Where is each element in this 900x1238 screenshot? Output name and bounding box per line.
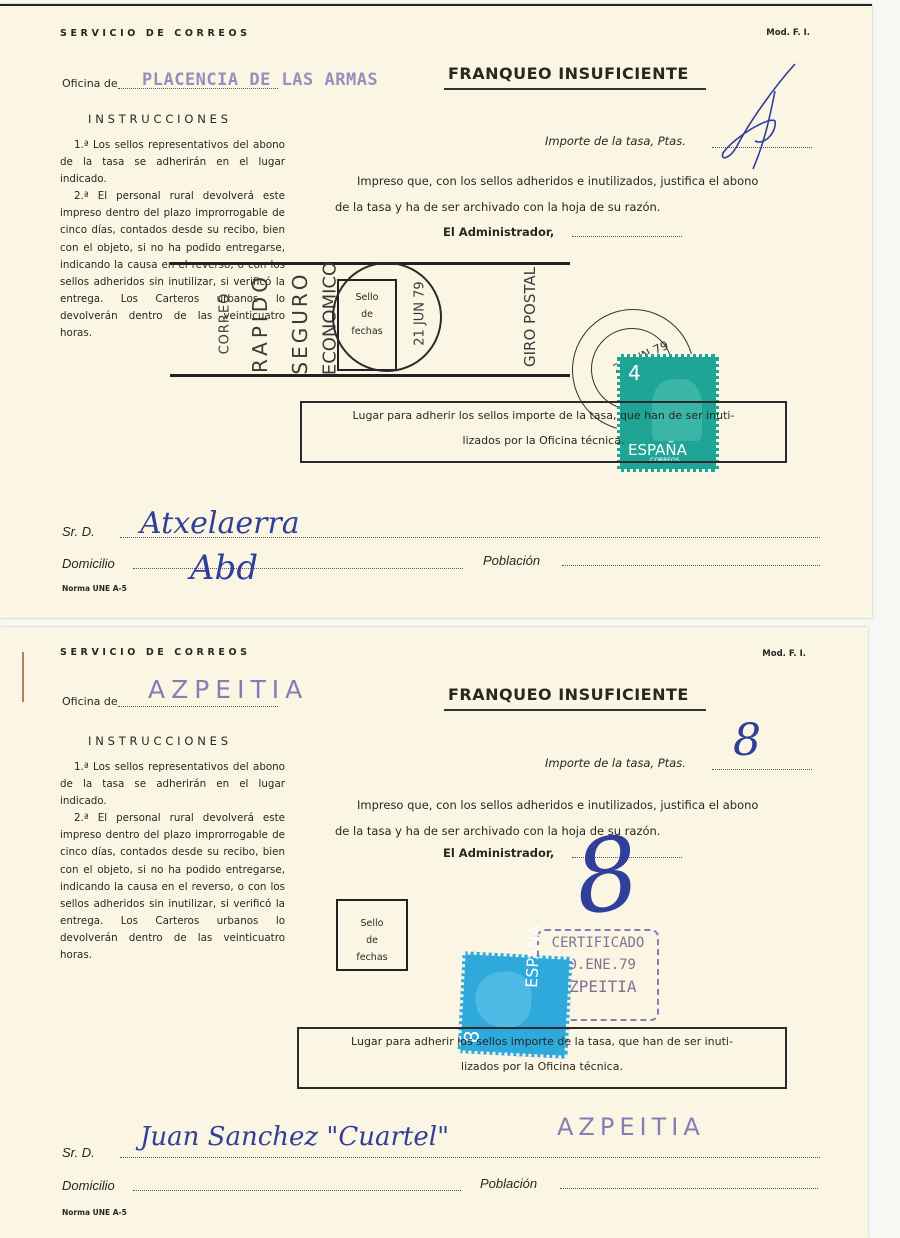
sr-d-label: Sr. D. <box>62 524 95 539</box>
oficina-dotted-line <box>118 706 278 707</box>
admin-dotted-line <box>572 236 682 237</box>
importe-dotted-line <box>712 769 812 770</box>
handwritten-amount-8: 8 <box>733 715 761 766</box>
body-line-1: Impreso que, con los sellos adheridos e … <box>357 168 758 194</box>
importe-label: Importe de la tasa, Ptas. <box>545 134 686 148</box>
domicilio-label: Domicilio <box>62 1178 115 1193</box>
oficina-label: Oficina de <box>62 695 118 708</box>
rust-mark <box>22 652 24 702</box>
slogan-giro-postal: GIRO POSTAL <box>521 257 539 377</box>
norma-label: Norma UNE A-5 <box>62 1208 127 1217</box>
poblacion-dotted-line <box>562 565 820 566</box>
body-line-2: de la tasa y ha de ser archivado con la … <box>335 194 660 220</box>
norma-label: Norma UNE A-5 <box>62 584 127 593</box>
domicilio-dotted-line <box>133 568 463 569</box>
machine-cancellation: CORREO RAPIDO SEGURO ECONOMICO Sello de … <box>170 256 590 381</box>
slogan-seguro: SEGURO <box>288 268 312 378</box>
sello-de-fechas-box: Sello de fechas <box>336 899 408 971</box>
admin-label: El Administrador, <box>443 225 554 239</box>
slogan-correo: CORREO <box>218 274 233 374</box>
instruction-2: 2.ª El personal rural devolverá este imp… <box>60 810 285 964</box>
lugar-line-2: lizados por la Oficina técnica. <box>299 1054 785 1079</box>
slogan-rapido: RAPIDO <box>248 268 272 378</box>
sr-d-dotted-line <box>120 1157 820 1158</box>
poblacion-dotted-line <box>560 1188 818 1189</box>
instructions-title: INSTRUCCIONES <box>88 112 232 126</box>
instruction-1: 1.ª Los sellos representativos del abono… <box>60 137 285 188</box>
postage-due-form-2: SERVICIO DE CORREOS Mod. F. I. Oficina d… <box>0 627 868 1238</box>
lugar-line-1: Lugar para adherir los sellos importe de… <box>299 1029 785 1054</box>
service-header: SERVICIO DE CORREOS <box>60 28 251 39</box>
oficina-stamp: PLACENCIA DE LAS ARMAS <box>142 70 378 90</box>
poblacion-label: Población <box>480 1176 537 1191</box>
lugar-line-1: Lugar para adherir los sellos importe de… <box>302 403 785 428</box>
oficina-stamp: AZPEITIA <box>148 675 308 704</box>
cert-line-1: CERTIFICADO <box>539 935 657 951</box>
instruction-1: 1.ª Los sellos representativos del abono… <box>60 759 285 810</box>
poblacion-stamp: AZPEITIA <box>557 1113 705 1141</box>
admin-label: El Administrador, <box>443 846 554 860</box>
model-label: Mod. F. I. <box>766 28 810 38</box>
poblacion-label: Población <box>483 553 540 568</box>
postage-due-form-1: SERVICIO DE CORREOS Mod. F. I. Oficina d… <box>0 4 872 618</box>
body-line-1: Impreso que, con los sellos adheridos e … <box>357 792 758 818</box>
sr-d-label: Sr. D. <box>62 1145 95 1160</box>
stamp-country: ESPAÑA <box>522 925 544 989</box>
handwritten-amount-4 <box>715 61 800 171</box>
handwritten-name: Atxelaerra <box>140 506 300 541</box>
domicilio-label: Domicilio <box>62 556 115 571</box>
service-header: SERVICIO DE CORREOS <box>60 647 251 658</box>
title-underline <box>444 88 706 90</box>
stamp-placement-box: Lugar para adherir los sellos importe de… <box>300 401 787 463</box>
importe-label: Importe de la tasa, Ptas. <box>545 756 686 770</box>
stamp-placement-box: Lugar para adherir los sellos importe de… <box>297 1027 787 1089</box>
domicilio-dotted-line <box>133 1190 461 1191</box>
handwritten-name: Juan Sanchez "Cuartel" <box>140 1122 449 1152</box>
form-title: FRANQUEO INSUFICIENTE <box>448 685 689 704</box>
postmark-date: 21 JUN 79 <box>413 279 428 349</box>
instructions: 1.ª Los sellos representativos del abono… <box>60 759 285 964</box>
oficina-label: Oficina de <box>62 77 118 90</box>
model-label: Mod. F. I. <box>762 649 806 659</box>
handwritten-address: Abd <box>190 548 258 588</box>
instructions-title: INSTRUCCIONES <box>88 734 232 748</box>
form-title: FRANQUEO INSUFICIENTE <box>448 64 689 83</box>
lugar-line-2: lizados por la Oficina técnica. <box>302 428 785 453</box>
title-underline <box>444 709 706 711</box>
stamp-value: 4 <box>628 361 641 385</box>
